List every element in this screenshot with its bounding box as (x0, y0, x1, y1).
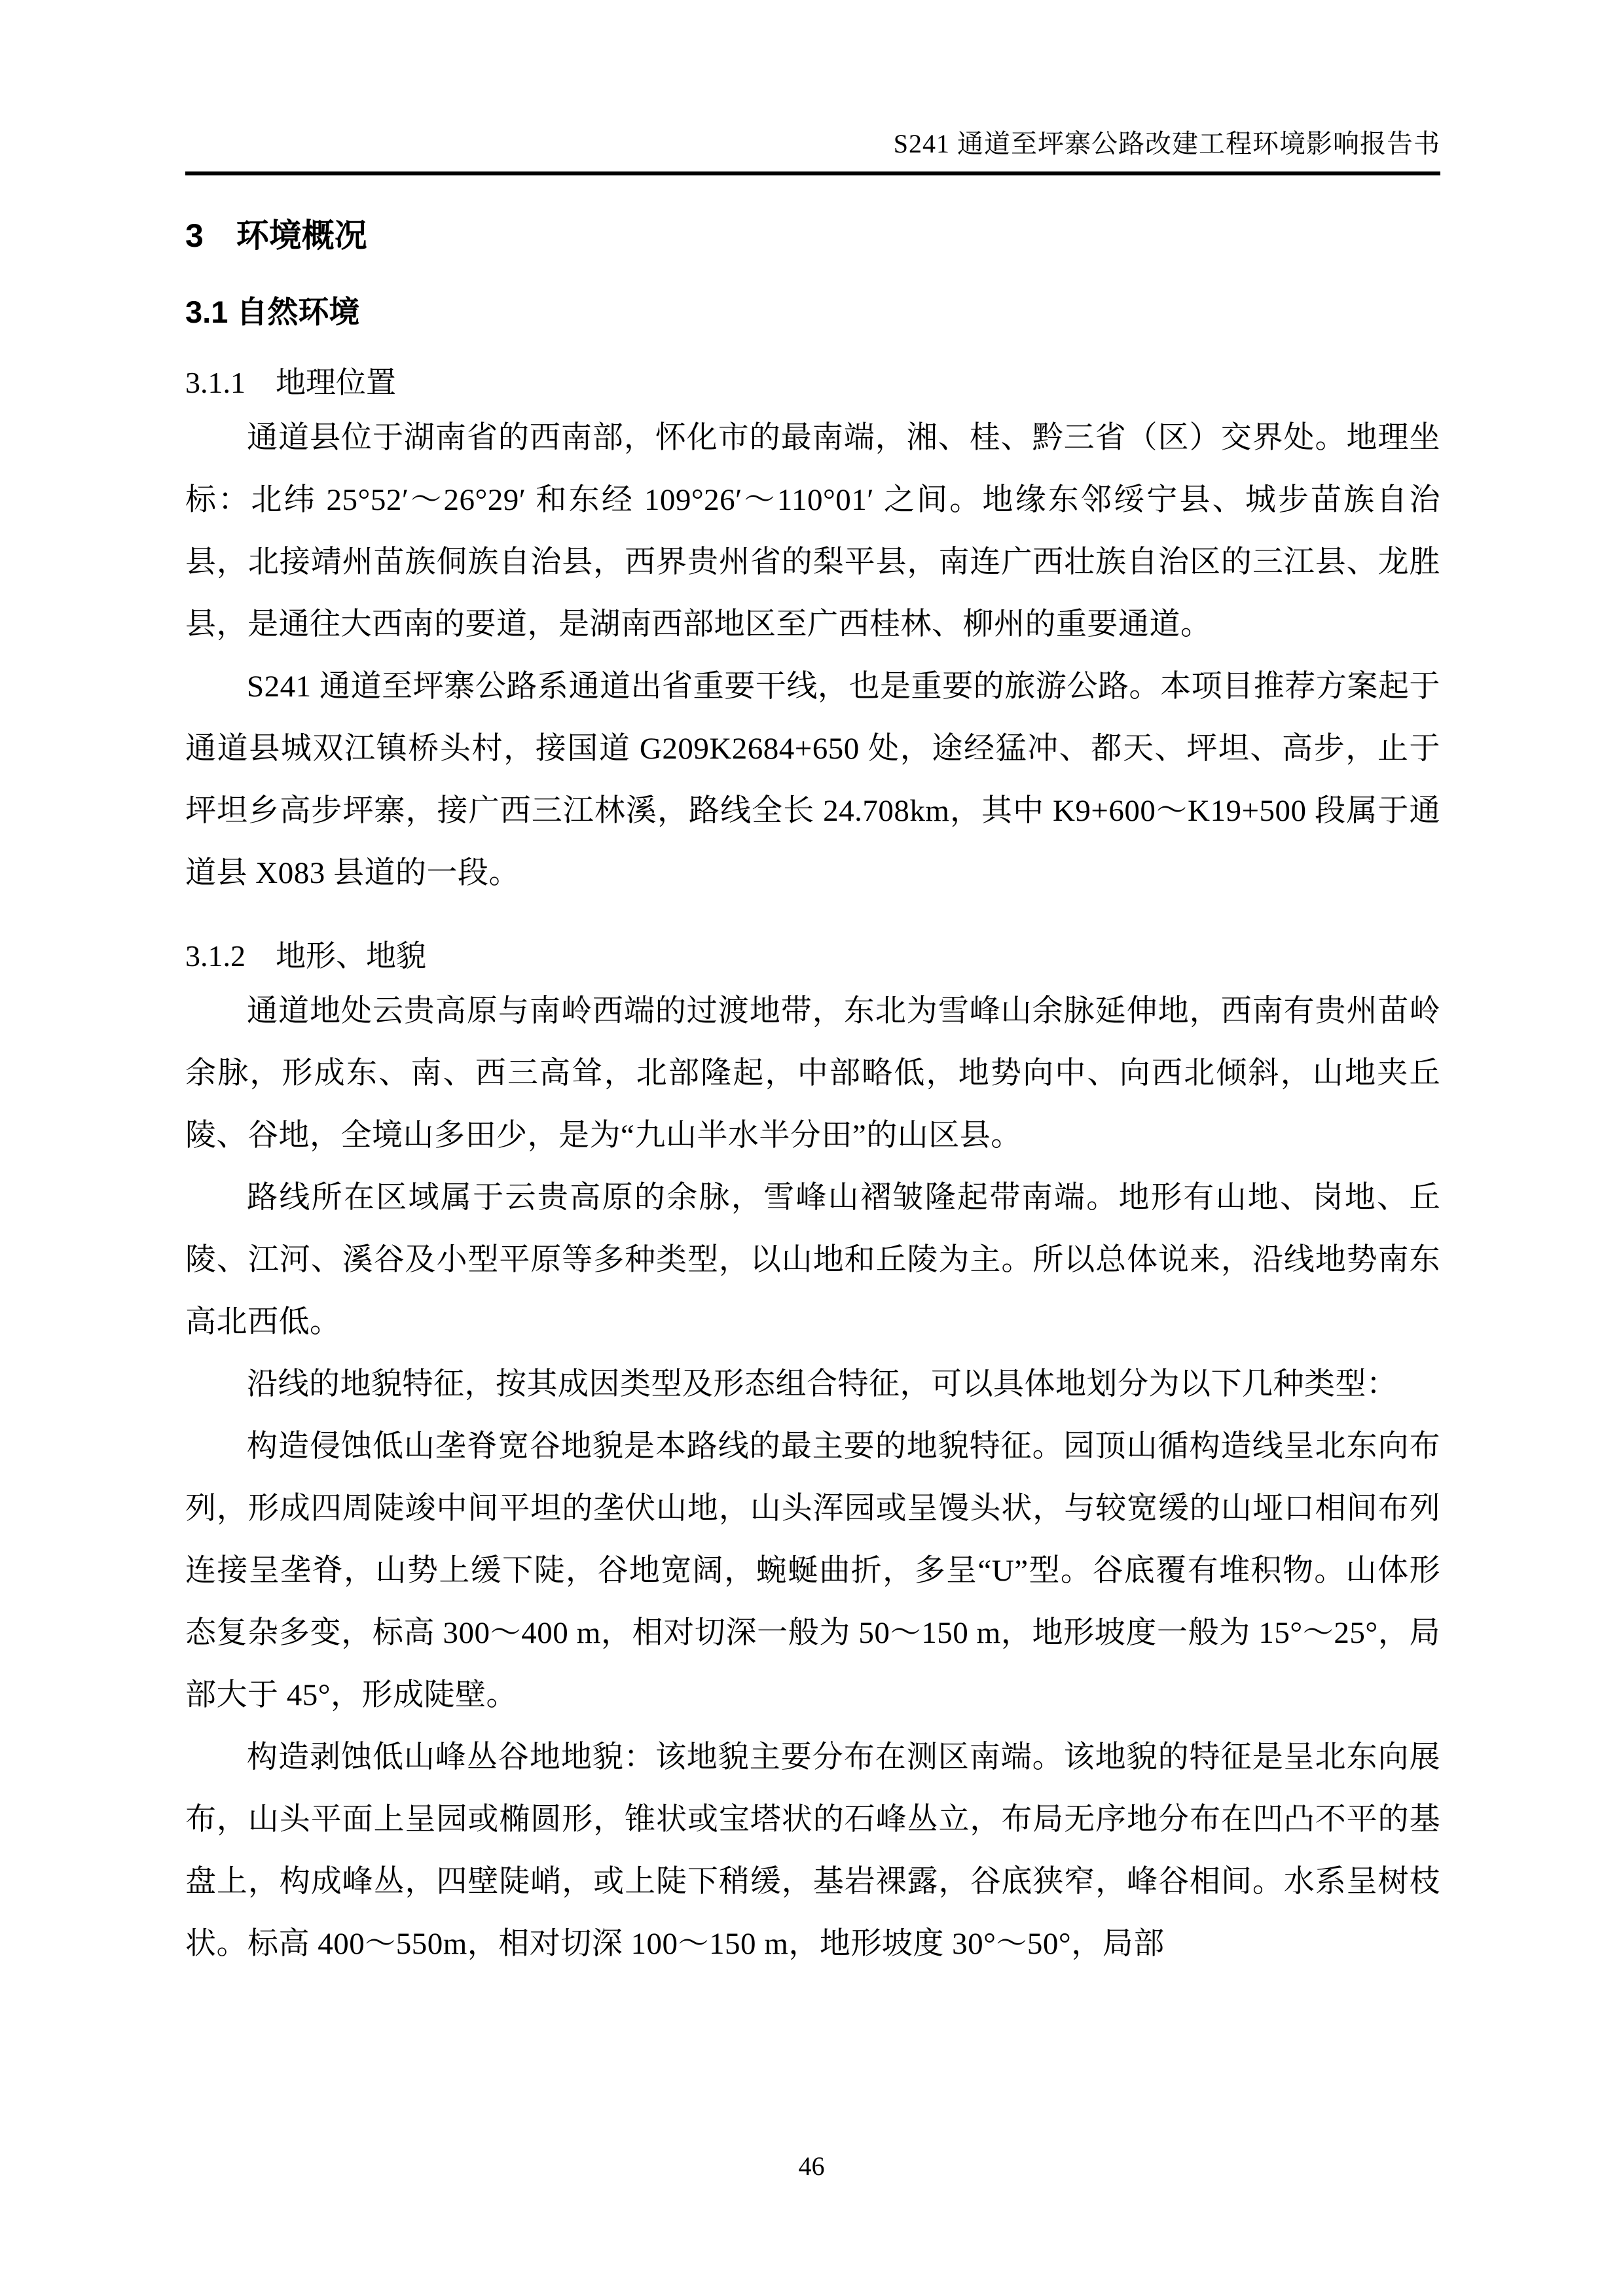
paragraph-geographic-location-1: 通道县位于湖南省的西南部，怀化市的最南端，湘、桂、黔三省（区）交界处。地理坐标：… (185, 407, 1440, 656)
section-heading-3-1: 3.1 自然环境 (185, 293, 1440, 331)
section-heading-3: 3 环境概况 (185, 216, 1440, 255)
page-number: 46 (0, 2151, 1623, 2182)
paragraph-geographic-location-2: S241 通道至坪寨公路系通道出省重要干线，也是重要的旅游公路。本项目推荐方案起… (185, 656, 1440, 905)
page-header-title: S241 通道至坪寨公路改建工程环境影响报告书 (185, 128, 1440, 175)
paragraph-terrain-5: 构造剥蚀低山峰丛谷地地貌：该地貌主要分布在测区南端。该地貌的特征是呈北东向展布，… (185, 1727, 1440, 1975)
section-heading-3-1-2: 3.1.2 地形、地貌 (185, 937, 1440, 975)
section-heading-3-1-1: 3.1.1 地理位置 (185, 364, 1440, 402)
document-page: S241 通道至坪寨公路改建工程环境影响报告书 3 环境概况 3.1 自然环境 … (0, 0, 1623, 2296)
paragraph-terrain-4: 构造侵蚀低山垄脊宽谷地貌是本路线的最主要的地貌特征。园顶山循构造线呈北东向布列，… (185, 1416, 1440, 1727)
paragraph-terrain-3: 沿线的地貌特征，按其成因类型及形态组合特征，可以具体地划分为以下几种类型： (185, 1354, 1440, 1416)
paragraph-terrain-1: 通道地处云贵高原与南岭西端的过渡地带，东北为雪峰山余脉延伸地，西南有贵州苗岭余脉… (185, 980, 1440, 1167)
paragraph-terrain-2: 路线所在区域属于云贵高原的余脉，雪峰山褶皱隆起带南端。地形有山地、岗地、丘陵、江… (185, 1167, 1440, 1354)
